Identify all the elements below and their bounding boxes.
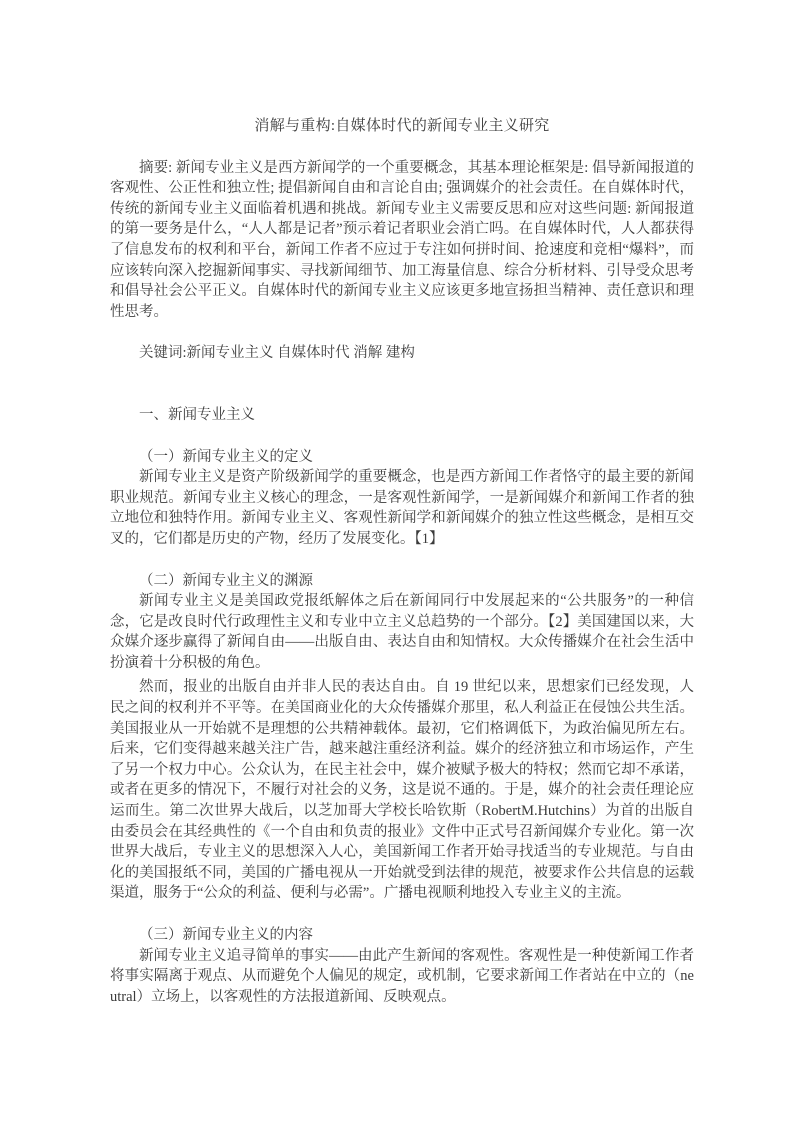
subsection-heading-2-origin: （二）新闻专业主义的渊源 bbox=[110, 571, 694, 592]
abstract-paragraph: 摘要: 新闻专业主义是西方新闻学的一个重要概念，其基本理论框架是: 倡导新闻报道… bbox=[110, 158, 694, 323]
subsection-3-body-paragraph: 新闻专业主义追寻简单的事实——由此产生新闻的客观性。客观性是一种使新闻工作者将事… bbox=[110, 946, 694, 1008]
subsection-1-body-paragraph: 新闻专业主义是资产阶级新闻学的重要概念，也是西方新闻工作者恪守的最主要的新闻职业… bbox=[110, 467, 694, 549]
document-page: 消解与重构:自媒体时代的新闻专业主义研究 摘要: 新闻专业主义是西方新闻学的一个… bbox=[0, 0, 793, 1122]
page-title: 消解与重构:自媒体时代的新闻专业主义研究 bbox=[110, 116, 694, 137]
subsection-2-body-paragraph-1: 新闻专业主义是美国政党报纸解体之后在新闻同行中发展起来的“公共服务”的一种信念，… bbox=[110, 591, 694, 673]
subsection-heading-3-content: （三）新闻专业主义的内容 bbox=[110, 925, 694, 946]
keywords-line: 关键词:新闻专业主义 自媒体时代 消解 建构 bbox=[110, 343, 694, 364]
section-heading-1: 一、新闻专业主义 bbox=[110, 405, 694, 426]
subsection-2-body-paragraph-2: 然而，报业的出版自由并非人民的表达自由。自 19 世纪以来，思想家们已经发现，人… bbox=[110, 677, 694, 904]
subsection-heading-1-definition: （一）新闻专业主义的定义 bbox=[110, 447, 694, 468]
